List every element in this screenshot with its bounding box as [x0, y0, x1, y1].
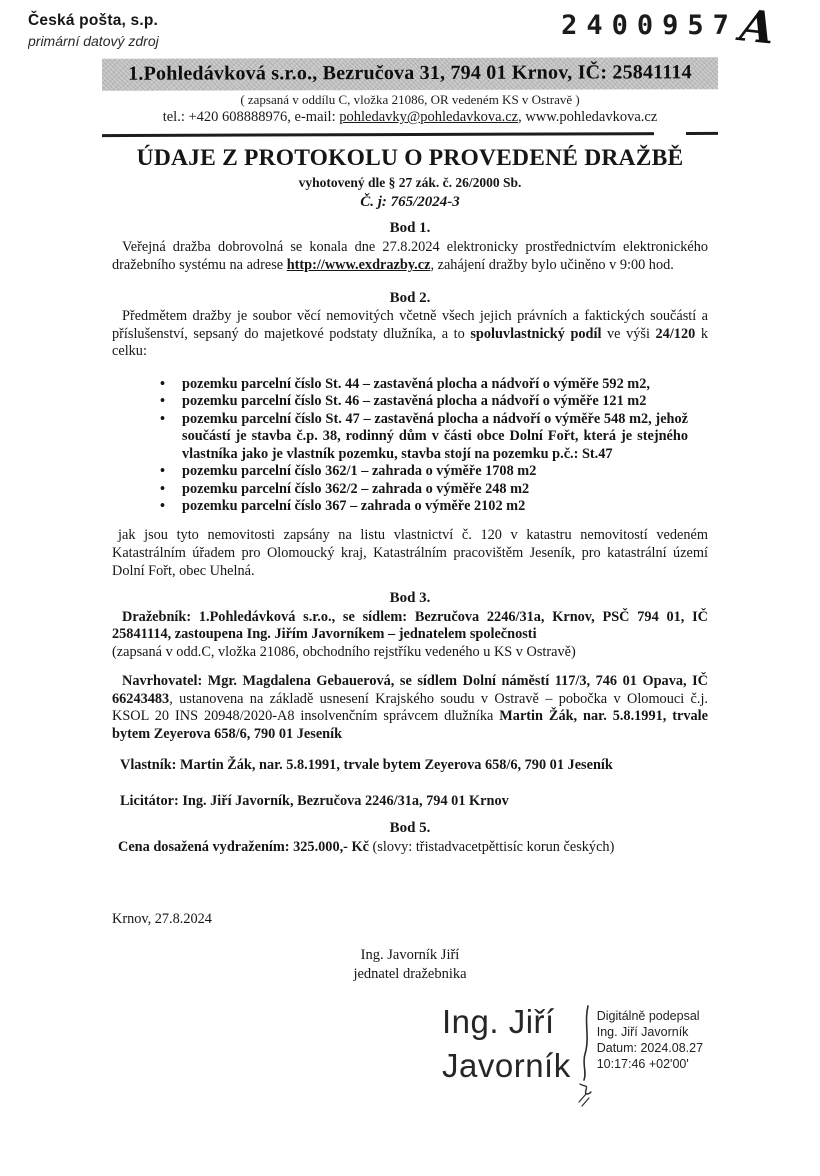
signature-name-line1: Ing. Jiří — [442, 1000, 571, 1044]
final-price-words: (slovy: třistadvacetpěttisíc korun český… — [373, 839, 615, 855]
parcel-list-item: pozemku parcelní číslo 367 – zahrada o v… — [158, 498, 688, 516]
section-heading-bod3: Bod 3. — [112, 590, 708, 607]
title-block: ÚDAJE Z PROTOKOLU O PROVEDENÉ DRAŽBĚ vyh… — [0, 145, 820, 211]
document-title: ÚDAJE Z PROTOKOLU O PROVEDENÉ DRAŽBĚ — [0, 145, 820, 172]
parcel-list-item: pozemku parcelní číslo St. 47 – zastavěn… — [158, 411, 688, 464]
paragraph-licitator: Licitátor: Ing. Jiří Javorník, Bezručova… — [112, 793, 708, 811]
section-heading-bod1: Bod 1. — [112, 220, 708, 237]
parcel-list-item: pozemku parcelní číslo St. 46 – zastavěn… — [158, 393, 688, 411]
company-contact-line: tel.: +420 608888976, e-mail: pohledavky… — [0, 109, 820, 126]
signature-name-large: Ing. Jiří Javorník — [442, 1000, 571, 1088]
bod1-text-after-link: , zahájení dražby bylo učiněno v 9:00 ho… — [430, 257, 673, 273]
bod2-intro-part2: ve výši — [601, 326, 655, 342]
signer-name: Ing. Javorník Jiří — [112, 946, 708, 965]
paragraph-proposer: Navrhovatel: Mgr. Magdalena Gebauerová, … — [112, 673, 708, 743]
sender-subtitle: primární datový zdroj — [28, 33, 182, 49]
document-body: Bod 1. Veřejná dražba dobrovolná se kona… — [0, 220, 820, 1112]
parcel-list-item: pozemku parcelní číslo 362/2 – zahrada o… — [158, 481, 688, 499]
top-bar: Česká pošta, s.p. primární datový zdroj … — [0, 0, 820, 58]
contact-web-text: , www.pohledavkova.cz — [518, 109, 657, 125]
contact-phone-text: tel.: +420 608888976, e-mail: — [163, 109, 340, 125]
signature-stroke-icon — [577, 1002, 595, 1112]
final-price-bold: Cena dosažená vydražením: 325.000,- Kč — [118, 839, 373, 855]
signature-detail-line: 10:17:46 +02'00' — [597, 1056, 703, 1072]
signature-detail-line: Digitálně podepsal — [597, 1008, 703, 1024]
signature-details: Digitálně podepsal Ing. Jiří Javorník Da… — [597, 1008, 703, 1072]
signature-name-line2: Javorník — [442, 1044, 571, 1088]
signature-detail-line: Datum: 2024.08.27 — [597, 1040, 703, 1056]
paragraph-owner: Vlastník: Martin Žák, nar. 5.8.1991, trv… — [112, 757, 708, 775]
digital-signature-block: Ing. Jiří Javorník Digitálně podepsal In… — [442, 1000, 708, 1112]
paragraph-auctioneer: Dražebník: 1.Pohledávková s.r.o., se síd… — [112, 609, 708, 644]
auction-site-link: http://www.exdrazby.cz — [287, 257, 431, 273]
parcel-list: pozemku parcelní číslo St. 44 – zastavěn… — [158, 376, 708, 516]
signature-detail-line: Ing. Jiří Javorník — [597, 1024, 703, 1040]
section-heading-bod2: Bod 2. — [112, 290, 708, 307]
signer-block: Ing. Javorník Jiří jednatel dražebnika — [112, 946, 708, 984]
scanned-auction-protocol-page: Česká pošta, s.p. primární datový zdroj … — [0, 0, 820, 1176]
parcel-list-item: pozemku parcelní číslo 362/1 – zahrada o… — [158, 463, 688, 481]
bod2-intro-bold-fraction: 24/120 — [656, 326, 696, 342]
paragraph-bod2-outro: jak jsou tyto nemovitosti zapsány na lis… — [112, 526, 708, 580]
place-and-date: Krnov, 27.8.2024 — [112, 911, 708, 928]
parcel-list-item: pozemku parcelní číslo St. 44 – zastavěn… — [158, 376, 688, 394]
section-heading-bod5: Bod 5. — [112, 820, 708, 837]
stamp-number: 2400957 — [561, 6, 738, 41]
letterhead-divider — [102, 132, 718, 137]
document-subtitle: vyhotovený dle § 27 zák. č. 26/2000 Sb. — [0, 175, 820, 191]
bod2-intro-bold-share: spoluvlastnický podíl — [470, 326, 601, 342]
paragraph-bod2-intro: Předmětem dražby je soubor věcí nemovitý… — [112, 308, 708, 361]
filing-stamp: 2400957 A — [561, 6, 774, 50]
company-name-band: 1.Pohledávková s.r.o., Bezručova 31, 794… — [102, 57, 718, 91]
signer-role: jednatel dražebnika — [112, 965, 708, 984]
paragraph-bod1: Veřejná dražba dobrovolná se konala dne … — [112, 238, 708, 274]
paragraph-auctioneer-note: (zapsaná v odd.C, vložka 21086, obchodní… — [112, 644, 708, 662]
paragraph-final-price: Cena dosažená vydražením: 325.000,- Kč (… — [112, 838, 708, 856]
case-reference: Č. j: 765/2024-3 — [0, 194, 820, 211]
handwritten-mark: A — [738, 4, 777, 51]
email-link: pohledavky@pohledavkova.cz — [339, 109, 518, 125]
company-registration-line: ( zapsaná v oddílu C, vložka 21086, OR v… — [0, 92, 820, 108]
company-letterhead: 1.Pohledávková s.r.o., Bezručova 31, 794… — [0, 58, 820, 136]
